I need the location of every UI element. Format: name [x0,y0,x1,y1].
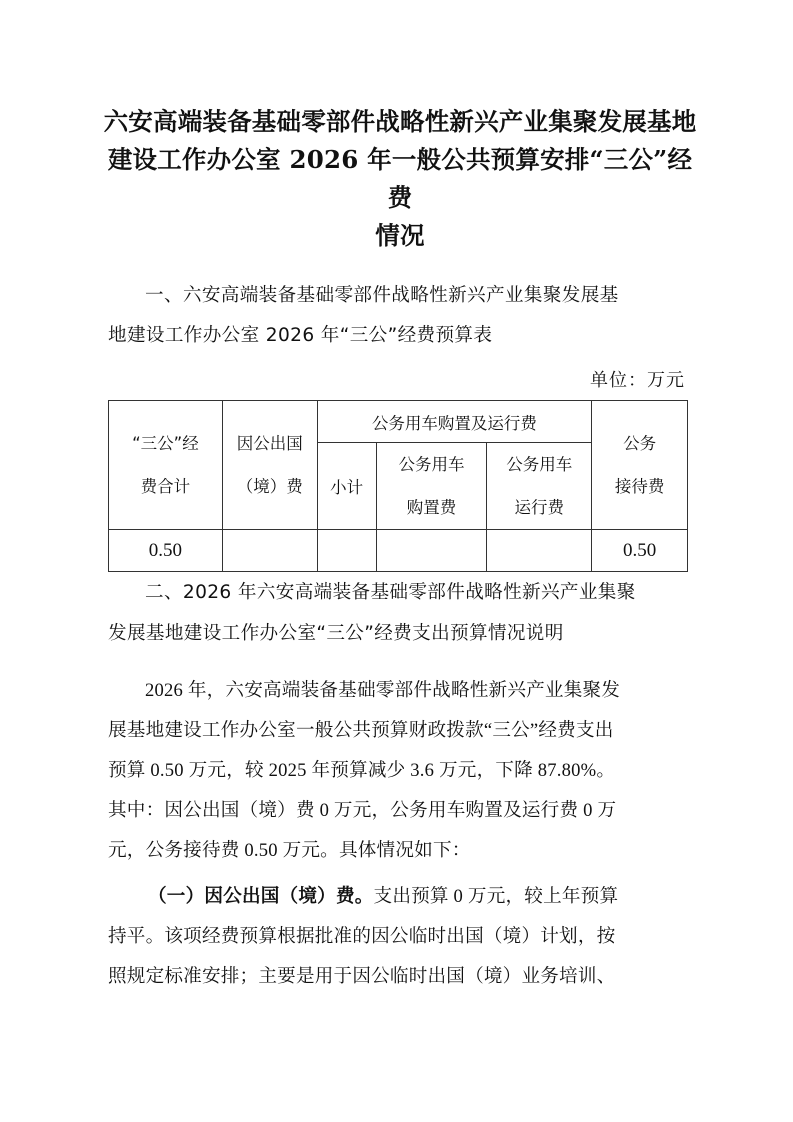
subsection-heading-abroad: （一）因公出国（境）费。 [148,886,374,907]
paragraph1-line-1: 2026 年，六安高端装备基础零部件战略性新兴产业集聚发 [145,676,620,702]
header-vehicle-operation: 公务用车 运行费 [487,443,592,530]
title-line-2: 建设工作办公室 2026 年一般公共预算安排“三公”经费 [100,141,700,217]
cell-vehicle-purchase [376,530,487,572]
cell-reception: 0.50 [592,530,688,572]
header-vehicle-purchase-line-2: 购置费 [377,486,487,529]
header-subtotal: 小计 [317,443,376,530]
unit-label: 单位：万元 [590,366,685,392]
cell-vehicle-operation [487,530,592,572]
header-abroad-line-2: （境）费 [223,465,317,508]
paragraph1-line-3: 预算 0.50 万元，较 2025 年预算减少 3.6 万元，下降 87.80%… [108,756,615,782]
cell-subtotal [317,530,376,572]
header-total-line-2: 费合计 [109,465,222,508]
paragraph1-line-5: 元，公务接待费 0.50 万元。具体情况如下： [108,836,471,862]
header-vehicle-group: 公务用车购置及运行费 [317,401,591,443]
header-vehicle-purchase: 公务用车 购置费 [376,443,487,530]
paragraph1-line-2: 展基地建设工作办公室一般公共预算财政拨款“三公”经费支出 [108,716,614,742]
document-title: 六安高端装备基础零部件战略性新兴产业集聚发展基地 建设工作办公室 2026 年一… [100,103,700,255]
cell-total: 0.50 [109,530,223,572]
paragraph1-line-4: 其中：因公出国（境）费 0 万元，公务用车购置及运行费 0 万 [108,796,616,822]
table-header-row-1: “三公”经 费合计 因公出国 （境）费 公务用车购置及运行费 公务 接待费 [109,401,688,443]
header-vehicle-operation-line-1: 公务用车 [487,443,591,486]
header-vehicle-purchase-line-1: 公务用车 [377,443,487,486]
three-public-expenses-table: “三公”经 费合计 因公出国 （境）费 公务用车购置及运行费 公务 接待费 小计… [108,400,688,572]
cell-abroad [222,530,317,572]
paragraph2-line-1: （一）因公出国（境）费。支出预算 0 万元，较上年预算 [148,882,618,908]
header-vehicle-operation-line-2: 运行费 [487,486,591,529]
table-row: 0.50 0.50 [109,530,688,572]
header-total: “三公”经 费合计 [109,401,223,530]
header-reception-line-2: 接待费 [592,465,687,508]
section2-heading-line-1: 二、2026 年六安高端装备基础零部件战略性新兴产业集聚 [145,578,636,604]
title-line-3: 情况 [100,217,700,255]
section1-heading-line-1: 一、六安高端装备基础零部件战略性新兴产业集聚发展基 [145,281,619,307]
header-reception: 公务 接待费 [592,401,688,530]
title-line-1: 六安高端装备基础零部件战略性新兴产业集聚发展基地 [100,103,700,141]
header-abroad-line-1: 因公出国 [223,422,317,465]
section2-heading-line-2: 发展基地建设工作办公室“三公”经费支出预算情况说明 [108,619,564,645]
paragraph2-line-3: 照规定标准安排；主要是用于因公临时出国（境）业务培训、 [108,962,615,988]
paragraph2-line-1-text: 支出预算 0 万元，较上年预算 [374,886,619,907]
paragraph2-line-2: 持平。该项经费预算根据批准的因公临时出国（境）计划，按 [108,922,615,948]
header-reception-line-1: 公务 [592,422,687,465]
section1-heading-line-2: 地建设工作办公室 2026 年“三公”经费预算表 [108,321,492,347]
header-abroad: 因公出国 （境）费 [222,401,317,530]
header-total-line-1: “三公”经 [109,422,222,465]
